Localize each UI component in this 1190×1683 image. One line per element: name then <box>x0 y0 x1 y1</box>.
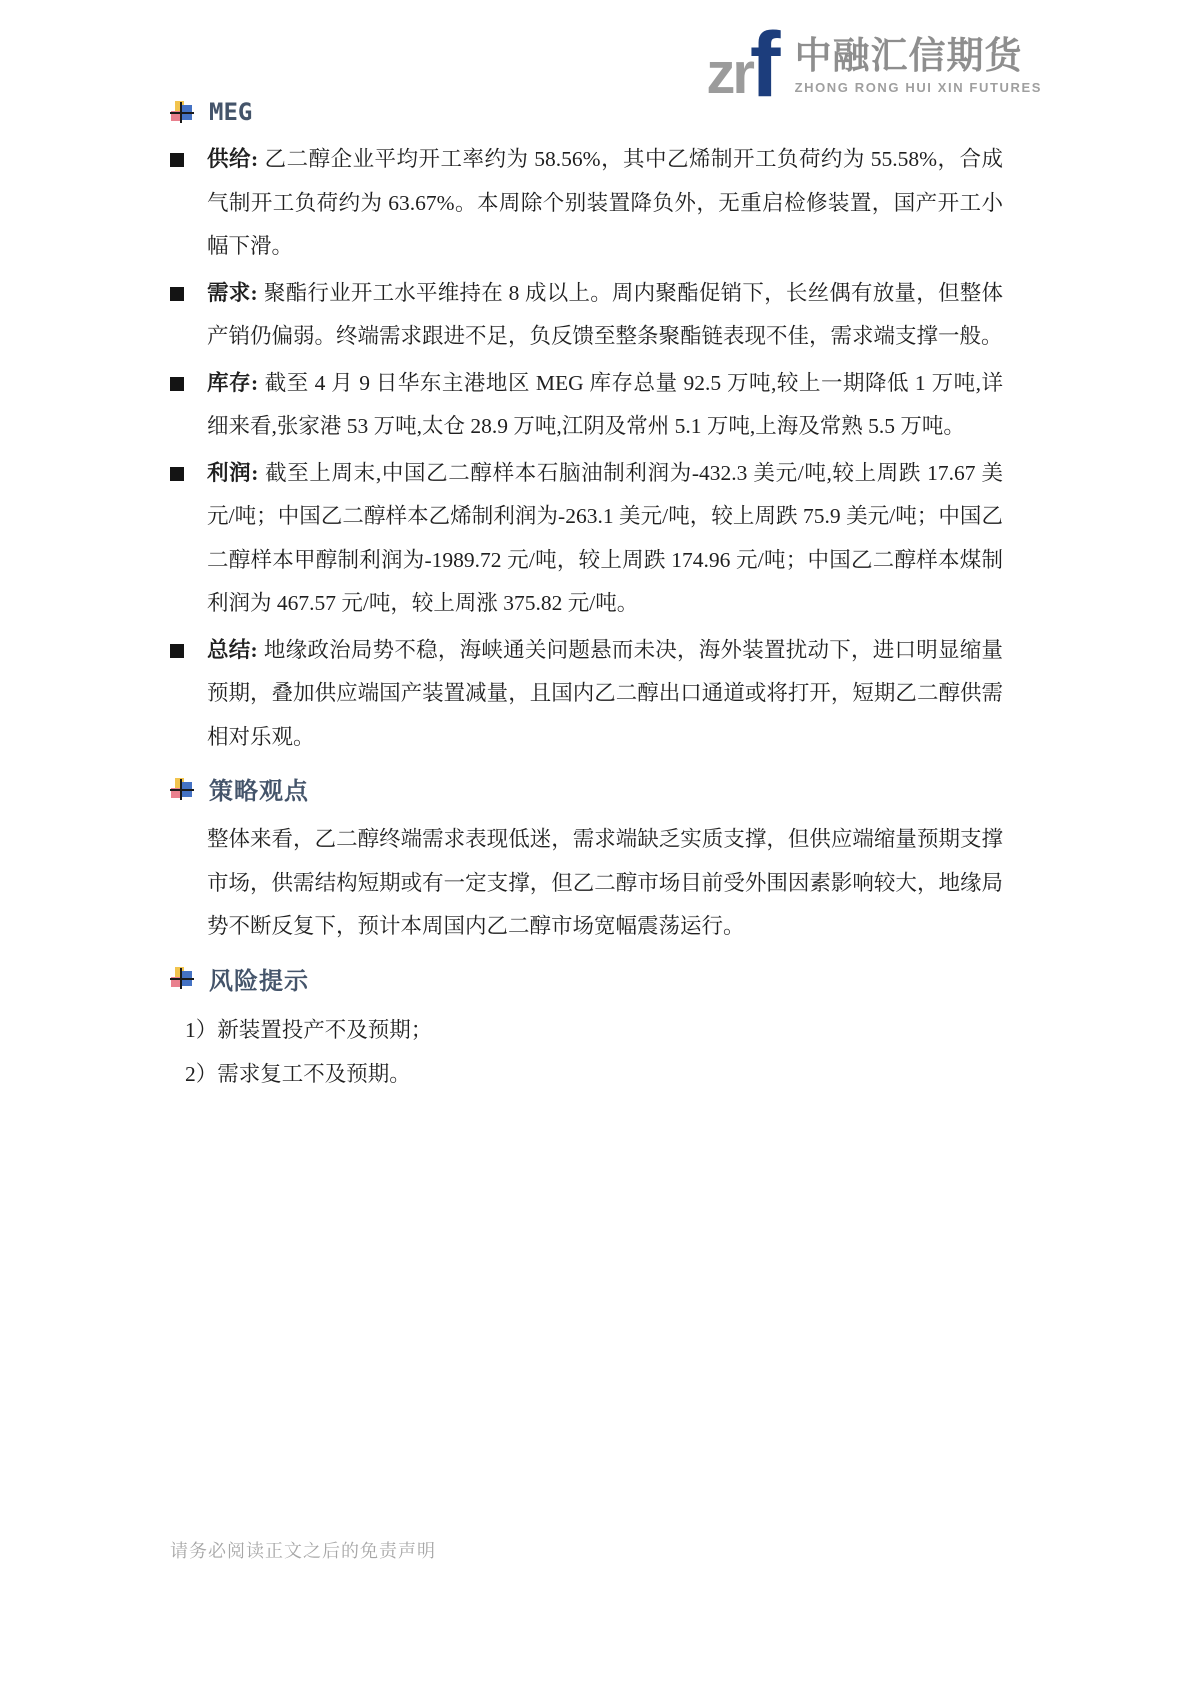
section-title-risk: 风险提示 <box>209 961 309 996</box>
bullet-summary-text: 总结:地缘政治局势不稳，海峡通关问题悬而未决，海外装置扰动下，进口明显缩量预期，… <box>207 629 1003 760</box>
square-bullet-icon <box>170 644 184 658</box>
bullet-supply: 供给:乙二醇企业平均开工率约为 58.56%，其中乙烯制开工负荷约为 55.58… <box>170 138 1003 269</box>
risk-item-2: 2）需求复工不及预期。 <box>185 1052 1003 1096</box>
section-title-strategy: 策略观点 <box>209 771 309 806</box>
logo-text-block: 中融汇信期货 ZHONG RONG HUI XIN FUTURES <box>795 37 1042 98</box>
bullet-supply-text: 供给:乙二醇企业平均开工率约为 58.56%，其中乙烯制开工负荷约为 55.58… <box>207 138 1003 269</box>
strategy-paragraph: 整体来看，乙二醇终端需求表现低迷，需求端缺乏实质支撑，但供应端缩量预期支撑市场，… <box>207 818 1003 949</box>
bullet-demand-text: 需求:聚酯行业开工水平维持在 8 成以上。周内聚酯促销下，长丝偶有放量，但整体产… <box>207 272 1003 359</box>
flag-bullet-icon <box>170 777 194 801</box>
bullet-summary: 总结:地缘政治局势不稳，海峡通关问题悬而未决，海外装置扰动下，进口明显缩量预期，… <box>170 629 1003 760</box>
section-title-meg: MEG <box>209 98 252 126</box>
bullet-profit-text: 利润:截至上周末,中国乙二醇样本石脑油制利润为-432.3 美元/吨,较上周跌 … <box>207 452 1003 626</box>
flag-bullet-icon <box>170 966 194 990</box>
bullet-inventory-text: 库存:截至 4 月 9 日华东主港地区 MEG 库存总量 92.5 万吨,较上一… <box>207 362 1003 449</box>
section-heading-risk: 风险提示 <box>170 961 1003 996</box>
bullet-summary-label: 总结: <box>207 638 258 662</box>
bullet-demand: 需求:聚酯行业开工水平维持在 8 成以上。周内聚酯促销下，长丝偶有放量，但整体产… <box>170 272 1003 359</box>
logo-company-name-cn: 中融汇信期货 <box>795 37 1042 76</box>
square-bullet-icon <box>170 377 184 391</box>
bullet-inventory-label: 库存: <box>207 371 258 395</box>
section-heading-meg: MEG <box>170 98 1003 126</box>
report-page: zr f 中融汇信期货 ZHONG RONG HUI XIN FUTURES M… <box>0 0 1190 1683</box>
logo-company-name-en: ZHONG RONG HUI XIN FUTURES <box>795 80 1042 95</box>
bullet-summary-body: 地缘政治局势不稳，海峡通关问题悬而未决，海外装置扰动下，进口明显缩量预期，叠加供… <box>207 638 1003 749</box>
bullet-demand-body: 聚酯行业开工水平维持在 8 成以上。周内聚酯促销下，长丝偶有放量，但整体产销仍偏… <box>207 281 1003 349</box>
bullet-supply-label: 供给: <box>207 147 258 171</box>
flag-bullet-icon <box>170 100 194 124</box>
company-logo: zr f 中融汇信期货 ZHONG RONG HUI XIN FUTURES <box>706 22 1042 97</box>
square-bullet-icon <box>170 287 184 301</box>
section-heading-strategy: 策略观点 <box>170 771 1003 806</box>
report-body: MEG 供给:乙二醇企业平均开工率约为 58.56%，其中乙烯制开工负荷约为 5… <box>170 98 1003 1096</box>
square-bullet-icon <box>170 153 184 167</box>
bullet-profit-body: 截至上周末,中国乙二醇样本石脑油制利润为-432.3 美元/吨,较上周跌 17.… <box>207 461 1003 616</box>
square-bullet-icon <box>170 467 184 481</box>
logo-f-letter: f <box>750 28 781 103</box>
bullet-inventory: 库存:截至 4 月 9 日华东主港地区 MEG 库存总量 92.5 万吨,较上一… <box>170 362 1003 449</box>
bullet-demand-label: 需求: <box>207 281 258 305</box>
footer-disclaimer: 请务必阅读正文之后的免责声明 <box>170 1537 436 1563</box>
logo-zrf-mark-icon: zr f <box>706 22 780 97</box>
bullet-profit-label: 利润: <box>207 461 258 485</box>
risk-item-1: 1）新装置投产不及预期； <box>185 1008 1003 1052</box>
bullet-supply-body: 乙二醇企业平均开工率约为 58.56%，其中乙烯制开工负荷约为 55.58%，合… <box>207 147 1003 258</box>
logo-zr-letters: zr <box>706 50 752 98</box>
bullet-profit: 利润:截至上周末,中国乙二醇样本石脑油制利润为-432.3 美元/吨,较上周跌 … <box>170 452 1003 626</box>
bullet-inventory-body: 截至 4 月 9 日华东主港地区 MEG 库存总量 92.5 万吨,较上一期降低… <box>207 371 1003 439</box>
